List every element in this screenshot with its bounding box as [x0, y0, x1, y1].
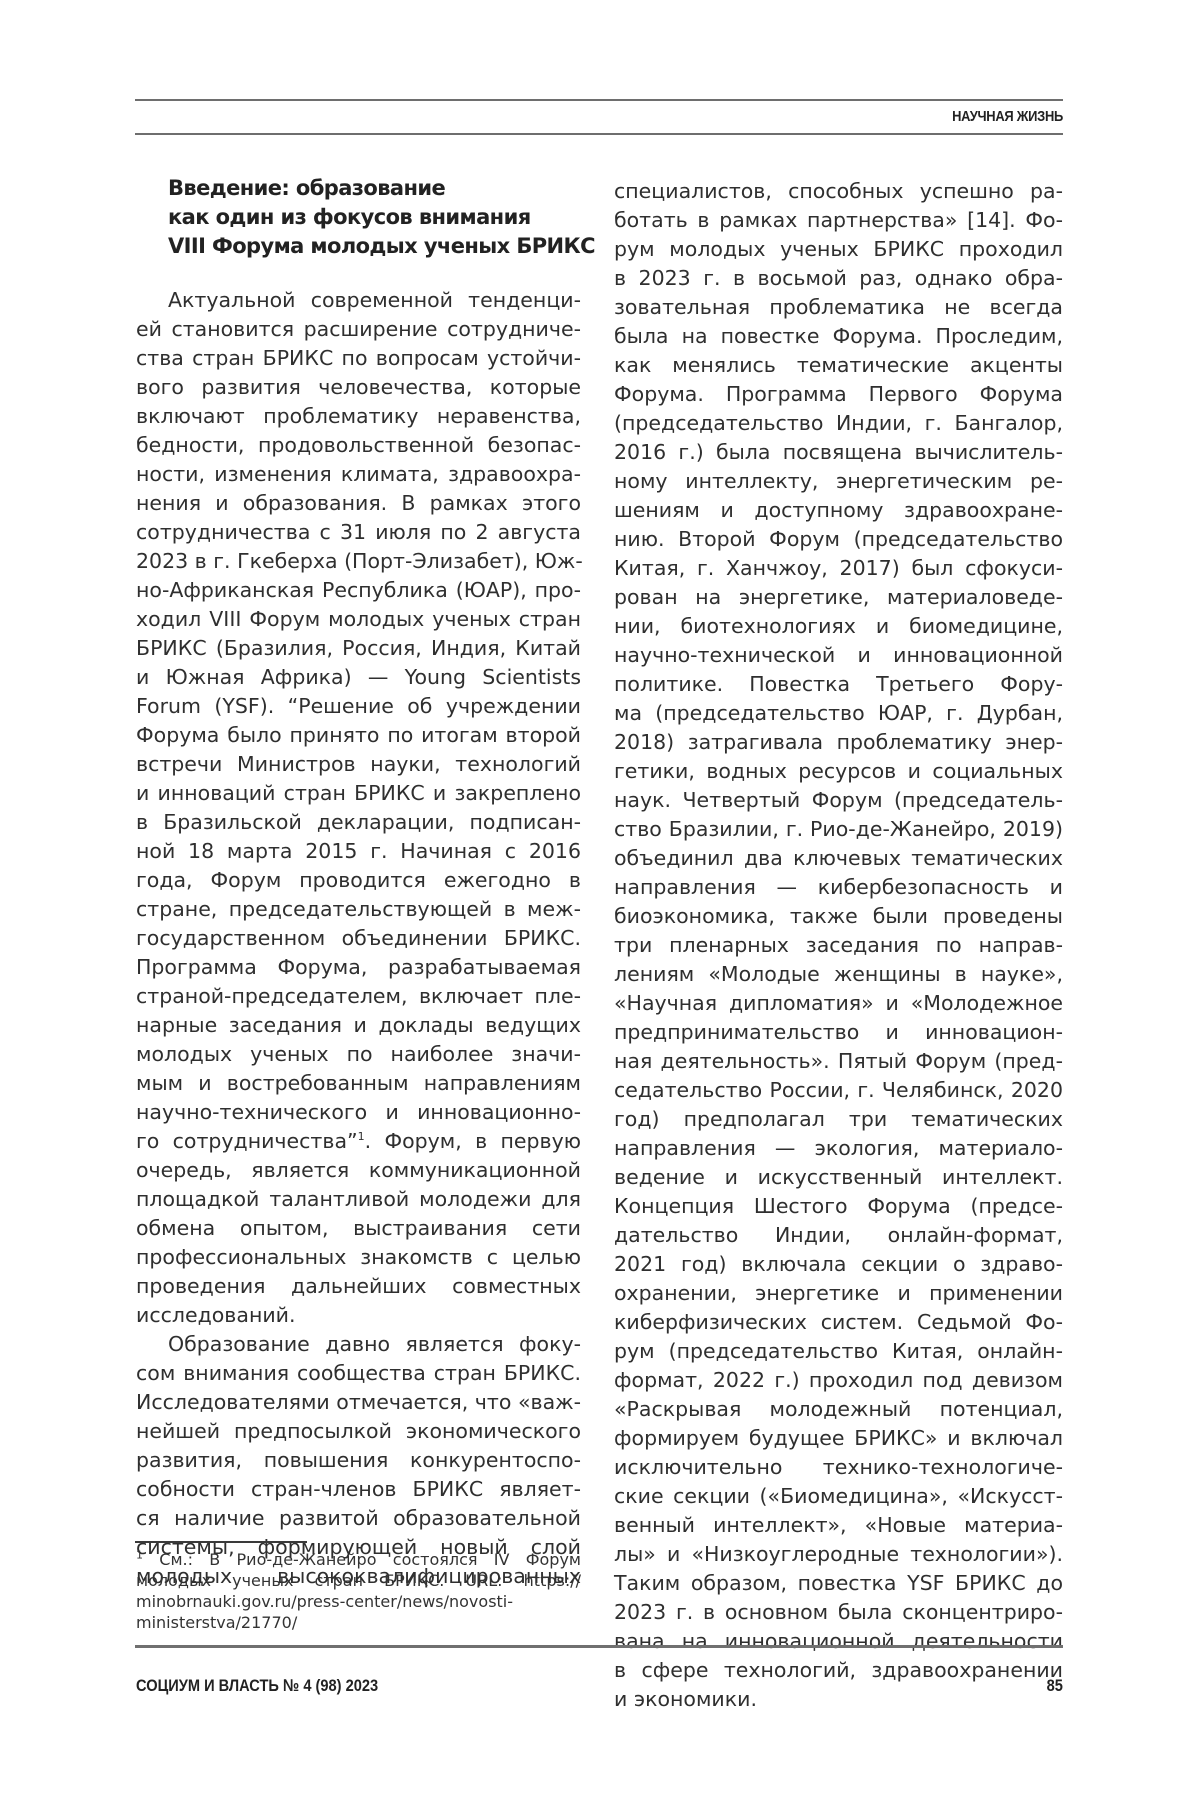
text-line: зовательная проблематика не всегда — [614, 293, 1063, 322]
text-line: исключительно технико-технологиче- — [614, 1453, 1063, 1482]
text-line: ские секции («Биомедицина», «Искусст- — [614, 1482, 1063, 1511]
text-line: молодых ученых по наиболее значи- — [136, 1040, 581, 1069]
text-line: Китая, г. Ханчжоу, 2017) был сфокуси- — [614, 554, 1063, 583]
text-line: ство Бразилии, г. Рио-де-Жанейро, 2019) — [614, 815, 1063, 844]
text-line: рум (председательство Китая, онлайн- — [614, 1337, 1063, 1366]
text-line: год) предполагал три тематических — [614, 1105, 1063, 1134]
text-line: ства стран БРИКС по вопросам устойчи- — [136, 344, 581, 373]
text-line: в Бразильской декларации, подписан- — [136, 808, 581, 837]
text-line: «Научная дипломатия» и «Молодежное — [614, 989, 1063, 1018]
text-line: ся наличие развитой образовательной — [136, 1504, 581, 1533]
right-column-text: специалистов, способных успешно ра- бота… — [614, 177, 1063, 1714]
text-line: три пленарных заседания по направ- — [614, 931, 1063, 960]
text-line: формируем будущее БРИКС» и включал — [614, 1424, 1063, 1453]
text-line: седательство России, г. Челябинск, 2020 — [614, 1076, 1063, 1105]
header-rule-top — [135, 99, 1063, 101]
text-line: бедности, продовольственной безопас- — [136, 431, 581, 460]
text-line: киберфизических систем. Седьмой Фо- — [614, 1308, 1063, 1337]
text-line: собности стран-членов БРИКС являет- — [136, 1475, 581, 1504]
text-line: Концепция Шестого Форума (предсе- — [614, 1192, 1063, 1221]
text-line: была на повестке Форума. Проследим, — [614, 322, 1063, 351]
text-line: «Раскрывая молодежный потенциал, — [614, 1395, 1063, 1424]
text-line: научно-технического и инновационно- — [136, 1098, 581, 1127]
running-head: НАУЧНАЯ ЖИЗНЬ — [952, 108, 1063, 125]
text-line: 2018) затрагивала проблематику энер- — [614, 728, 1063, 757]
footnote: 1 См.: В Рио-де-Жанейро состоялся IV Фор… — [136, 1549, 581, 1633]
section-heading-line: VIII Форума молодых ученых БРИКС — [168, 232, 588, 261]
footnote-url-line[interactable]: minobrnauki.gov.ru/press-center/news/nov… — [136, 1591, 581, 1612]
page-number: 85 — [1047, 1676, 1063, 1696]
text-line: площадкой талантливой молодежи для — [136, 1185, 581, 1214]
text-line: специалистов, способных успешно ра- — [614, 177, 1063, 206]
text-line: ности, изменения климата, здравоохра- — [136, 460, 581, 489]
text-line: Forum (YSF). “Решение об учреждении — [136, 692, 581, 721]
text-line: ная деятельность». Пятый Форум (пред- — [614, 1047, 1063, 1076]
footnote-url-line[interactable]: ministerstva/21770/ — [136, 1612, 581, 1633]
text-line: направления — кибербезопасность и — [614, 873, 1063, 902]
text-line: шениям и доступному здравоохране- — [614, 496, 1063, 525]
text-line: 2021 год) включала секции о здраво- — [614, 1250, 1063, 1279]
text-line: предпринимательство и инновацион- — [614, 1018, 1063, 1047]
text-fragment: го сотрудничества” — [136, 1129, 358, 1153]
text-line: мым и востребованным направлениям — [136, 1069, 581, 1098]
text-line: 2023 в г. Гкеберха (Порт-Элизабет), Юж- — [136, 547, 581, 576]
text-line: профессиональных знакомств с целью — [136, 1243, 581, 1272]
text-line: БРИКС (Бразилия, Россия, Индия, Китай — [136, 634, 581, 663]
text-line: Таким образом, повестка YSF БРИКС до — [614, 1569, 1063, 1598]
text-line: нии, биотехнологиях и биомедицине, — [614, 612, 1063, 641]
text-line: нию. Второй Форум (председательство — [614, 525, 1063, 554]
footnote-line: 1 См.: В Рио-де-Жанейро состоялся IV Фор… — [136, 1549, 581, 1570]
text-line: государственном объединении БРИКС. — [136, 924, 581, 953]
text-line: 2023 г. в основном была сконцентриро- — [614, 1598, 1063, 1627]
footer-rule — [135, 1645, 1063, 1648]
text-line: обмена опытом, выстраивания сети — [136, 1214, 581, 1243]
text-line: Форума. Программа Первого Форума — [614, 380, 1063, 409]
footnote-text: См.: В Рио-де-Жанейро состоялся IV Форум — [143, 1550, 581, 1569]
text-line: сотрудничества с 31 июля по 2 августа — [136, 518, 581, 547]
text-line: нения и образования. В рамках этого — [136, 489, 581, 518]
journal-title: СОЦИУМ И ВЛАСТЬ № 4 (98) 2023 — [136, 1676, 378, 1696]
text-line: и инноваций стран БРИКС и закреплено — [136, 779, 581, 808]
text-line: ведение и искусственный интеллект. — [614, 1163, 1063, 1192]
text-line: формат, 2022 г.) проходил под девизом — [614, 1366, 1063, 1395]
text-line: ма (председательство ЮАР, г. Дурбан, — [614, 699, 1063, 728]
text-line: направления — экология, материало- — [614, 1134, 1063, 1163]
text-line: нарные заседания и доклады ведущих — [136, 1011, 581, 1040]
text-line: сом внимания сообщества стран БРИКС. — [136, 1359, 581, 1388]
text-fragment: . Форум, в первую — [365, 1129, 581, 1153]
text-line: лениям «Молодые женщины в науке», — [614, 960, 1063, 989]
text-line: ей становится расширение сотрудниче- — [136, 315, 581, 344]
text-line: биоэкономика, также были проведены — [614, 902, 1063, 931]
text-line: в сфере технологий, здравоохранении — [614, 1656, 1063, 1685]
footnote-reference[interactable]: 1 — [358, 1130, 365, 1143]
text-line: как менялись тематические акценты — [614, 351, 1063, 380]
text-line: охранении, энергетике и применении — [614, 1279, 1063, 1308]
text-line: Программа Форума, разрабатываемая — [136, 953, 581, 982]
text-line: ходил VIII Форум молодых ученых стран — [136, 605, 581, 634]
text-line: Актуальной современной тенденци- — [136, 286, 581, 315]
text-line: нейшей предпосылкой экономического — [136, 1417, 581, 1446]
text-line: лы» и «Низкоуглеродные технологии»). — [614, 1540, 1063, 1569]
text-line: исследований. — [136, 1301, 581, 1330]
text-line: года, Форум проводится ежегодно в — [136, 866, 581, 895]
text-line: проведения дальнейших совместных — [136, 1272, 581, 1301]
text-line: гетики, водных ресурсов и социальных — [614, 757, 1063, 786]
text-line: очередь, является коммуникационной — [136, 1156, 581, 1185]
text-line: (председательство Индии, г. Бангалор, — [614, 409, 1063, 438]
text-line: политике. Повестка Третьего Фору- — [614, 670, 1063, 699]
footnote-number: 1 — [136, 1549, 143, 1562]
text-line: и Южная Африка) — Young Scientists — [136, 663, 581, 692]
text-line: рум молодых ученых БРИКС проходил — [614, 235, 1063, 264]
section-heading-line: Введение: образование — [168, 174, 588, 203]
text-line: научно-технической и инновационной — [614, 641, 1063, 670]
text-line: ному интеллекту, энергетическим ре- — [614, 467, 1063, 496]
text-line: в 2023 г. в восьмой раз, однако обра- — [614, 264, 1063, 293]
section-heading: Введение: образование как один из фокусо… — [168, 174, 588, 261]
left-column-text: Актуальной современной тенденци- ей стан… — [136, 286, 581, 1591]
text-line: страной-председателем, включает пле- — [136, 982, 581, 1011]
text-line: ботать в рамках партнерства» [14]. Фо- — [614, 206, 1063, 235]
footnote-line: молодых ученых стран БРИКС. URL: https:/… — [136, 1570, 581, 1591]
text-line: стране, председательствующей в меж- — [136, 895, 581, 924]
text-line: включают проблематику неравенства, — [136, 402, 581, 431]
text-line: вого развития человечества, которые — [136, 373, 581, 402]
text-line: встречи Министров науки, технологий — [136, 750, 581, 779]
text-line: развития, повышения конкурентоспо- — [136, 1446, 581, 1475]
text-line: наук. Четвертый Форум (председатель- — [614, 786, 1063, 815]
text-line: но-Африканская Республика (ЮАР), про- — [136, 576, 581, 605]
text-line: 2016 г.) была посвящена вычислитель- — [614, 438, 1063, 467]
text-line: венный интеллект», «Новые материа- — [614, 1511, 1063, 1540]
header-rule-bottom — [135, 133, 1063, 135]
text-line: ной 18 марта 2015 г. Начиная с 2016 — [136, 837, 581, 866]
text-line: и экономики. — [614, 1685, 1063, 1714]
text-line: объединил два ключевых тематических — [614, 844, 1063, 873]
text-line-with-footnote: го сотрудничества”1. Форум, в первую — [136, 1127, 581, 1156]
text-line: Образование давно является фоку- — [136, 1330, 581, 1359]
section-heading-line: как один из фокусов внимания — [168, 203, 588, 232]
footnote-separator — [135, 1541, 307, 1543]
text-line: Форума было принято по итогам второй — [136, 721, 581, 750]
text-line: Исследователями отмечается, что «важ- — [136, 1388, 581, 1417]
text-line: вана на инновационной деятельности — [614, 1627, 1063, 1656]
text-line: рован на энергетике, материаловеде- — [614, 583, 1063, 612]
text-line: дательство Индии, онлайн-формат, — [614, 1221, 1063, 1250]
